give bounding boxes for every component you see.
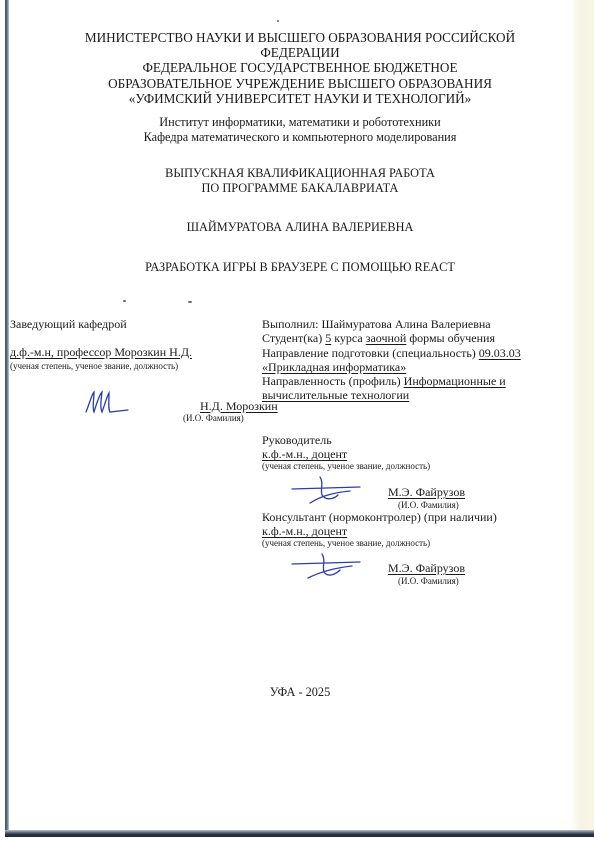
- header-line: ОБРАЗОВАТЕЛЬНОЕ УЧРЕЖДЕНИЕ ВЫСШЕГО ОБРАЗ…: [20, 76, 580, 91]
- course-mid: курса: [331, 331, 365, 345]
- signature-consultant-icon: [290, 552, 370, 582]
- head-of-department-label: Заведующий кафедрой: [10, 317, 127, 331]
- consultant-degree: к.ф.-м.н., доцент: [262, 524, 497, 538]
- header-line: ФЕДЕРАЛЬНОЕ ГОСУДАРСТВЕННОЕ БЮДЖЕТНОЕ: [20, 60, 580, 75]
- consultant-label: Консультант (нормоконтролер) (при наличи…: [262, 510, 497, 524]
- signature-head-icon: [82, 388, 132, 416]
- profile-line2: вычислительные технологии: [262, 388, 521, 402]
- profile: Направленность (профиль) Информационные …: [262, 374, 521, 388]
- student-prefix: Студент(ка): [262, 331, 325, 345]
- consultant-name: М.Э. Файрузов: [388, 561, 465, 575]
- form-suffix: формы обучения: [406, 331, 495, 345]
- supervisor-label: Руководитель: [262, 433, 347, 447]
- supervisor-name: М.Э. Файрузов: [388, 485, 465, 499]
- ministry-header: МИНИСТЕРСТВО НАУКИ И ВЫСШЕГО ОБРАЗОВАНИЯ…: [20, 30, 580, 106]
- work-type: ВЫПУСКНАЯ КВАЛИФИКАЦИОННАЯ РАБОТА ПО ПРО…: [20, 166, 580, 195]
- head-name-caption: (И.О. Фамилия): [183, 413, 244, 424]
- consultant-name-caption: (И.О. Фамилия): [398, 576, 459, 587]
- student-info: Выполнил: Шаймуратова Алина Валериевна С…: [262, 317, 521, 403]
- work-type-line: ВЫПУСКНАЯ КВАЛИФИКАЦИОННАЯ РАБОТА: [20, 166, 580, 181]
- header-line: «УФИМСКИЙ УНИВЕРСИТЕТ НАУКИ И ТЕХНОЛОГИЙ…: [20, 91, 580, 106]
- scan-bottom-edge: [5, 830, 594, 837]
- institute-name: Институт информатики, математики и робот…: [20, 115, 580, 130]
- direction-name: «Прикладная информатика»: [262, 360, 521, 374]
- direction-code: 09.03.03: [479, 346, 521, 360]
- work-type-line: ПО ПРОГРАММЕ БАКАЛАВРИАТА: [20, 181, 580, 196]
- header-line: МИНИСТЕРСТВО НАУКИ И ВЫСШЕГО ОБРАЗОВАНИЯ…: [20, 30, 580, 45]
- student-course: Студент(ка) 5 курса заочной формы обучен…: [262, 331, 521, 345]
- thesis-title: РАЗРАБОТКА ИГРЫ В БРАУЗЕРЕ С ПОМОЩЬЮ REA…: [20, 260, 580, 275]
- scan-speck: [123, 300, 126, 302]
- title-page: МИНИСТЕРСТВО НАУКИ И ВЫСШЕГО ОБРАЗОВАНИЯ…: [0, 0, 594, 841]
- author-name: ШАЙМУРАТОВА АЛИНА ВАЛЕРИЕВНА: [20, 220, 580, 235]
- supervisor-degree: к.ф.-м.н., доцент: [262, 447, 347, 461]
- study-form: заочной: [366, 331, 407, 345]
- supervisor-degree-caption: (ученая степень, ученое звание, должност…: [262, 461, 430, 472]
- profile-prefix: Направленность (профиль): [262, 374, 404, 388]
- scan-speck: [188, 301, 192, 303]
- header-line: ФЕДЕРАЦИИ: [20, 45, 580, 60]
- direction-prefix: Направление подготовки (специальность): [262, 346, 479, 360]
- signature-supervisor-icon: [290, 475, 370, 507]
- supervisor-block: Руководитель к.ф.-м.н., доцент: [262, 433, 347, 462]
- direction: Направление подготовки (специальность) 0…: [262, 346, 521, 360]
- scan-left-edge: [5, 0, 9, 836]
- institute-block: Институт информатики, математики и робот…: [20, 115, 580, 144]
- performed-prefix: Выполнил:: [262, 317, 321, 331]
- head-degree: д.ф.-м.н, профессор Морозкин Н.Д.: [10, 345, 192, 359]
- profile-line1: Информационные и: [404, 374, 506, 388]
- performed-name: Шаймуратова Алина Валериевна: [321, 317, 490, 331]
- performed-by: Выполнил: Шаймуратова Алина Валериевна: [262, 317, 521, 331]
- department-name: Кафедра математического и компьютерного …: [20, 130, 580, 145]
- head-degree-caption: (ученая степень, ученое звание, должност…: [10, 361, 178, 372]
- consultant-degree-caption: (ученая степень, ученое звание, должност…: [262, 538, 430, 549]
- scan-speck: [277, 20, 279, 22]
- consultant-block: Консультант (нормоконтролер) (при наличи…: [262, 510, 497, 539]
- city-year: УФА - 2025: [20, 685, 580, 700]
